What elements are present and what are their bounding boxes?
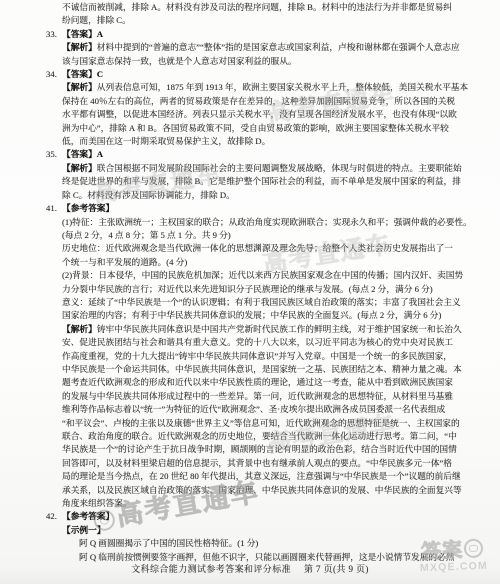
text-line: 该与国家意志保持一致，也就是个人意志对国家利益的服从。	[62, 55, 468, 68]
text-line: 华民族是一个”的讨论产生于抗日战争时期，顾颉刚的言论有明显的政治色彩，结合当时近…	[62, 443, 468, 456]
line-text: 不诚信而被削减，排除 A。材料没有涉及司法的程序问题，排除 B。材料中的违法行为…	[62, 2, 452, 12]
text-line: 角度来组织答案。	[62, 497, 468, 510]
text-line: 低，而美国在这一时期采取贸易保护主义，故排除 D。	[62, 135, 468, 148]
text-line: 洲为中心”，排除 A 和 B。各国贸易政策不同，受自由贸易政策的影响，欧洲主要国…	[62, 122, 468, 135]
text-line: (2)背景：日本侵华，中国的民族危机加深；近代以来西方民族国家观念在中国的传播；…	[62, 269, 468, 282]
line-text: 维利等作品标志着以“统一”为特征的近代“欧洲观念”、圣·皮埃尔提出欧洲各成员国委…	[62, 404, 445, 414]
line-text: 纷问题，排除 C。	[62, 15, 131, 25]
question-number: 33.	[46, 28, 62, 41]
question-number: 42.	[46, 510, 62, 523]
section-tag: 【答案】A	[62, 149, 103, 159]
text-line: 34.【答案】C	[62, 68, 468, 81]
section-tag: 【解析】	[62, 163, 97, 173]
text-line: 题考查近代欧洲观念的形成和近代以来中华民族性质的理论，通过这一考查，能从中看到欧…	[62, 376, 468, 389]
text-line: 的发展与中华民族共同体形成过程中的一些差异。第一问，近代欧洲观念的思想特征，从材…	[62, 390, 468, 403]
line-text: 除 C。材料没有涉及国际协调能力，排除 D。	[62, 190, 235, 200]
text-line: 承关系，以及民族区域自治政策的落实、国家治理、中华民族共同体意识的发展、中华民族…	[62, 484, 468, 497]
line-text: 的发展与中华民族共同体形成过程中的一些差异。第一问，近代欧洲观念的思想特征，从材…	[62, 391, 453, 401]
text-line: 不诚信而被削减，排除 A。材料没有涉及司法的程序问题，排除 B。材料中的违法行为…	[62, 1, 468, 14]
text-line: 国家治理的内容；有利于中华民族共同体意识的发展；中华民族的全面复兴。(每点 2 …	[62, 309, 468, 322]
line-text: 回答即可，以及材料里梁启超的信息提示，其背景中也有继承前人观点的要点。“中华民族…	[62, 458, 452, 468]
text-line: 【解析】联合国根据不同发展阶段国际社会的主要问题调整发展战略，体现与时俱进的特点…	[62, 162, 468, 175]
line-text: 意义：延续了“中华民族是一个”的认识逻辑；有利于我国民族区域自治政策的落实；丰富…	[62, 297, 461, 307]
line-text: 作高度重视，党的十九大提出“铸牢中华民族共同体意识”并写入党章。中国是一个统一的…	[62, 351, 452, 361]
text-line: 中华民族是一个命运共同体。中华民族共同体意识，是国家统一之基、民族团结之本、精神…	[62, 363, 468, 376]
section-tag: 【参考答案】	[62, 203, 114, 213]
text-line: 个统一与和平发展的道路。(4 分)	[62, 256, 468, 269]
line-text: 该与国家意志保持一致，也就是个人意志对国家利益的服从。	[62, 56, 297, 66]
line-text: 铸牢中华民族共同体意识是中国共产党新时代民族工作的鲜明主线，对于维护国家统一和长…	[97, 324, 462, 334]
line-text: (1)特征：主张欧洲统一；主权国家的联合；从政治角度实现欧洲联合；实现永久和平；…	[62, 217, 472, 227]
text-line: 41.【参考答案】	[62, 202, 468, 215]
text-line: 安、促进民族团结与社会和谐具有重大意义。党的十八大以来，以习近平同志为核心的党中…	[62, 336, 468, 349]
text-line: 局的理论是当今热点，在 20 世纪 80 年代提出，其意义深远，注意强调与“中华…	[62, 470, 468, 483]
text-line: 联合、政治角度的联合。近代欧洲观念的历史地位，要结合当代欧洲一体化运动进行思考。…	[62, 430, 468, 443]
page-footer: 文科综合能力测试参考答案和评分标准第 7 页(共 9 页)	[0, 562, 500, 575]
text-line: (每点 2 分，4 点 8 分；第 5 点 1 分。共 9 分)	[62, 229, 468, 242]
line-text: 从列表信息可知，1875 年到 1913 年，欧洲主要国家关税水平上升，整体较低…	[97, 82, 468, 92]
text-line: “和平议会”、卢梭的主张以及康德“世界主义”等信息可知，近代欧洲观念的思想特征是…	[62, 417, 468, 430]
text-line: 42.【参考答案】	[62, 510, 468, 523]
text-line: 【解析】材料中提到的“普遍的意志”“整体”指的是国家意志或国家利益，卢梭和谢林都…	[62, 41, 468, 54]
text-line: 力分裂中华民族的言行；对近代以来先进知识分子民族理论的继承与发展。(每点 2 分…	[62, 283, 468, 296]
line-text: 安、促进民族团结与社会和谐具有重大意义。党的十八大以来，以习近平同志为核心的党中…	[62, 337, 453, 347]
text-line: 保持在 40％左右的高位，两者的贸易政策是存在差异的，这种差异加剧国际贸易竞争，…	[62, 95, 468, 108]
text-line: 水平都有调整，以促进本国经济。列表只显示关税水平，没有呈现各国经济发展水平，也没…	[62, 108, 468, 121]
footer-page-number: 第 7 页(共 9 页)	[304, 564, 369, 574]
line-text: 材料中提到的“普遍的意志”“整体”指的是国家意志或国家利益，卢梭和谢林都在强调个…	[97, 42, 460, 52]
document-lines: 不诚信而被削减，排除 A。材料没有涉及司法的程序问题，排除 B。材料中的违法行为…	[62, 1, 468, 564]
text-line: 纷问题，排除 C。	[62, 14, 468, 27]
line-text: (2)背景：日本侵华，中国的民族危机加深；近代以来西方民族国家观念在中国的传播；…	[62, 270, 463, 280]
line-text: 华民族是一个”的讨论产生于抗日战争时期，顾颉刚的言论有明显的政治色彩，结合当时近…	[62, 444, 457, 454]
line-text: 联合、政治角度的联合。近代欧洲观念的历史地位，要结合当代欧洲一体化运动进行思考。…	[62, 431, 457, 441]
line-text: 低，而美国在这一时期采取贸易保护主义，故排除 D。	[62, 136, 270, 146]
text-line: 【示例一】	[62, 524, 468, 537]
answer-key-page: 不诚信而被削减，排除 A。材料没有涉及司法的程序问题，排除 B。材料中的违法行为…	[0, 0, 500, 584]
text-line: (1)特征：主张欧洲统一；主权国家的联合；从政治角度实现欧洲联合；实现永久和平；…	[62, 216, 468, 229]
text-line: 【解析】铸牢中华民族共同体意识是中国共产党新时代民族工作的鲜明主线，对于维护国家…	[62, 323, 468, 336]
line-text: 终是促进世界的和平与发展，排除 B。它是维护整个国际社会的利益，而不单单是发展中…	[62, 176, 461, 186]
line-text: 局的理论是当今热点，在 20 世纪 80 年代提出，其意义深远，注意强调与“中华…	[62, 471, 461, 481]
line-text: 水平都有调整，以促进本国经济。列表只显示关税水平，没有呈现各国经济发展水平，也没…	[62, 109, 457, 119]
line-text: 洲为中心”，排除 A 和 B。各国贸易政策不同，受自由贸易政策的影响，欧洲主要国…	[62, 123, 449, 133]
line-text: 角度来组织答案。	[62, 498, 132, 508]
line-text: “和平议会”、卢梭的主张以及康德“世界主义”等信息可知，近代欧洲观念的思想特征是…	[62, 418, 460, 428]
text-line: 作高度重视，党的十九大提出“铸牢中华民族共同体意识”并写入党章。中国是一个统一的…	[62, 350, 468, 363]
line-text: 联合国根据不同发展阶段国际社会的主要问题调整发展战略，体现与时俱进的特点。主要职…	[97, 163, 462, 173]
text-line: 意义：延续了“中华民族是一个”的认识逻辑；有利于我国民族区域自治政策的落实；丰富…	[62, 296, 468, 309]
question-number: 41.	[46, 202, 62, 215]
line-text: 保持在 40％左右的高位，两者的贸易政策是存在差异的，这种差异加剧国际贸易竞争，…	[62, 96, 455, 106]
text-line: 维利等作品标志着以“统一”为特征的近代“欧洲观念”、圣·皮埃尔提出欧洲各成员国委…	[62, 403, 468, 416]
text-line: 35.【答案】A	[62, 148, 468, 161]
section-tag: 【解析】	[62, 42, 97, 52]
text-line: 除 C。材料没有涉及国际协调能力，排除 D。	[62, 189, 468, 202]
text-line: 33.【答案】A	[62, 28, 468, 41]
line-text: 力分裂中华民族的言行；对近代以来先进知识分子民族理论的继承与发展。(每点 2 分…	[62, 284, 433, 294]
section-tag: 【答案】A	[62, 29, 103, 39]
section-tag: 【答案】C	[62, 69, 103, 79]
line-text: 国家治理的内容；有利于中华民族共同体意识的发展；中华民族的全面复兴。(每点 2 …	[62, 310, 441, 320]
section-tag: 【示例一】	[62, 525, 105, 535]
line-text: 阿 Q 临刑前按惯例要签字画押，但他不识字，只能以画圆圈来代替画押，这是小说情节…	[79, 552, 455, 562]
text-line: 历史地位：近代欧洲观念是当代欧洲一体化的思想渊源及理念先导；给整个人类社会历史发…	[62, 242, 468, 255]
line-text: 中华民族是一个命运共同体。中华民族共同体意识，是国家统一之基、民族团结之本、精神…	[62, 364, 462, 374]
question-number: 34.	[46, 68, 62, 81]
line-text: 个统一与和平发展的道路。(4 分)	[62, 257, 187, 267]
section-tag: 【参考答案】	[62, 511, 114, 521]
text-line: 阿 Q 画圆圈揭示了中国的国民性格特征。(1 分)	[62, 537, 468, 550]
text-line: 回答即可，以及材料里梁启超的信息提示，其背景中也有继承前人观点的要点。“中华民族…	[62, 457, 468, 470]
line-text: 阿 Q 画圆圈揭示了中国的国民性格特征。(1 分)	[79, 538, 258, 548]
text-line: 终是促进世界的和平与发展，排除 B。它是维护整个国际社会的利益，而不单单是发展中…	[62, 175, 468, 188]
line-text: 承关系，以及民族区域自治政策的落实、国家治理、中华民族共同体意识的发展、中华民族…	[62, 485, 462, 495]
line-text: (每点 2 分，4 点 8 分；第 5 点 1 分。共 9 分)	[62, 230, 231, 240]
line-text: 历史地位：近代欧洲观念是当代欧洲一体化的思想渊源及理念先导；给整个人类社会历史发…	[62, 243, 453, 253]
line-text: 题考查近代欧洲观念的形成和近代以来中华民族性质的理论，通过这一考查，能从中看到欧…	[62, 377, 453, 387]
question-number: 35.	[46, 148, 62, 161]
footer-title: 文科综合能力测试参考答案和评分标准	[131, 564, 291, 574]
section-tag: 【解析】	[62, 324, 97, 334]
text-line: 【解析】从列表信息可知，1875 年到 1913 年，欧洲主要国家关税水平上升，…	[62, 81, 468, 94]
section-tag: 【解析】	[62, 82, 97, 92]
